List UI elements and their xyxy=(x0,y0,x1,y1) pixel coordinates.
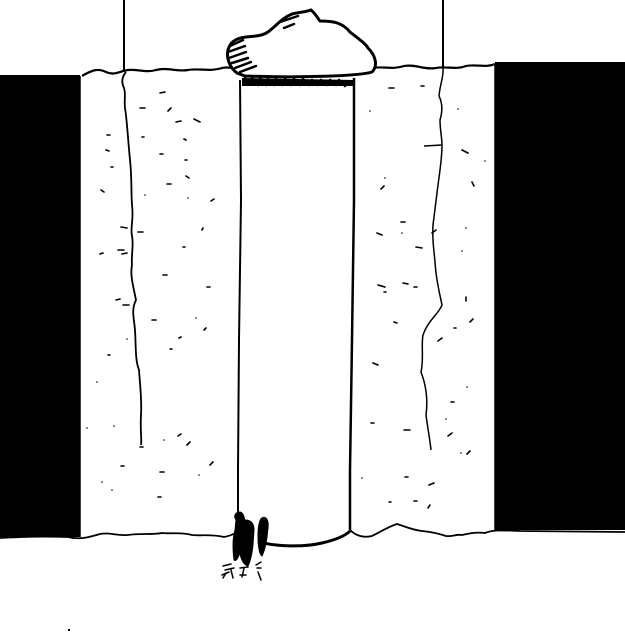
stray-ink-dot xyxy=(68,629,70,631)
right-black-panel xyxy=(495,62,625,530)
ink-drawing xyxy=(0,0,625,644)
drawing-canvas: Pen-and-ink drawing: cloud atop a tall p… xyxy=(0,0,625,644)
left-black-panel xyxy=(0,75,80,537)
